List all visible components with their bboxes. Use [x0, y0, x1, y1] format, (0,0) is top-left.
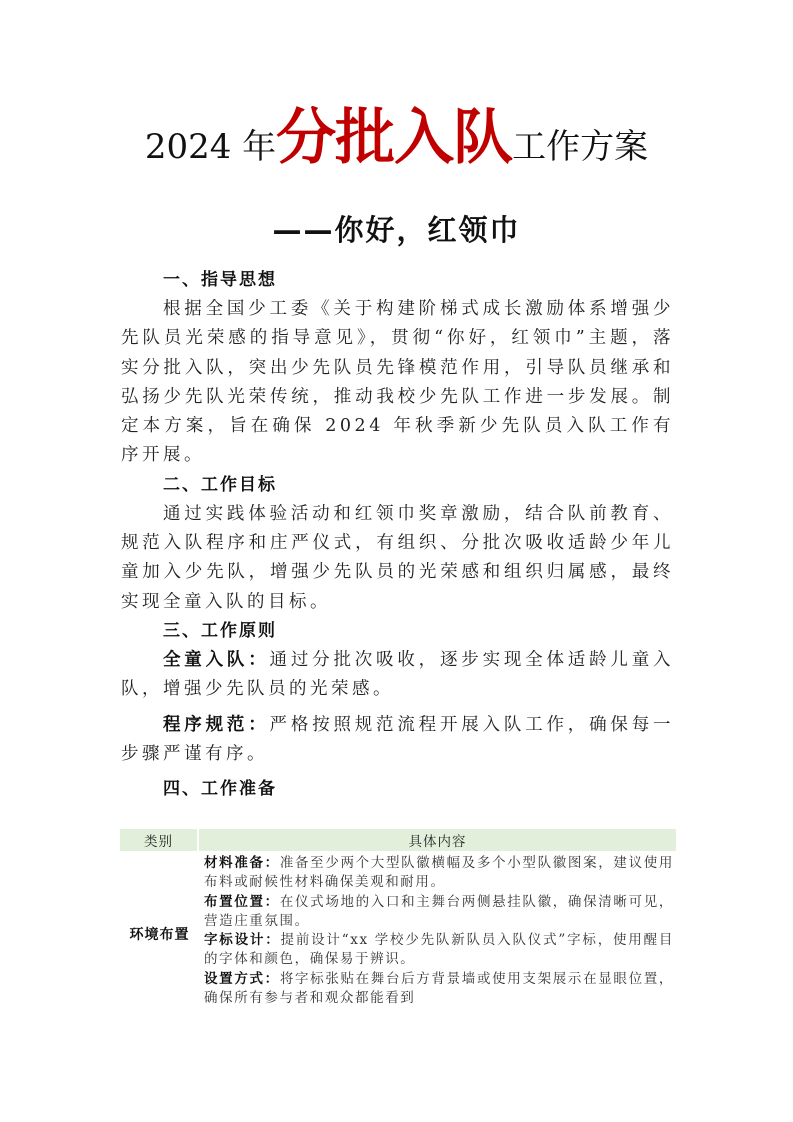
paragraph-principle-standard-procedure: 程序规范：严格按照规范流程开展入队工作，确保每一步骤严谨有序。 [121, 711, 674, 770]
title-year: 2024 年 [145, 127, 276, 167]
detail-item-key: 布置位置： [204, 894, 280, 910]
row-category: 环境布置 [120, 851, 199, 1008]
paragraph-text: 根据全国少工委《关于构建阶梯式成长激励体系增强少先队员光荣感的指导意见》，贯彻“… [121, 299, 674, 465]
section-heading-guiding-ideology: 一、指导思想 [121, 266, 674, 295]
principle-label: 全童入队： [163, 650, 270, 670]
preparation-table: 类别 具体内容 环境布置 材料准备：准备至少两个大型队徽横幅及多个小型队徽图案，… [120, 829, 676, 1008]
paragraph-guiding-ideology: 根据全国少工委《关于构建阶梯式成长激励体系增强少先队员光荣感的指导意见》，贯彻“… [121, 295, 674, 471]
paragraph-text: 通过实践体验活动和红领巾奖章激励，结合队前教育、规范入队程序和庄严仪式，有组织、… [121, 504, 674, 612]
table-header-row: 类别 具体内容 [120, 829, 676, 851]
row-details: 材料准备：准备至少两个大型队徽横幅及多个小型队徽图案，建议使用布料或耐候性材料确… [199, 851, 676, 1008]
section-heading-work-principles: 三、工作原则 [121, 617, 674, 646]
detail-item: 布置位置：在仪式场地的入口和主舞台两侧悬挂队徽，确保清晰可见，营造庄重氛围。 [204, 893, 674, 932]
detail-item-key: 字标设计： [204, 932, 281, 948]
document-body: 一、指导思想 根据全国少工委《关于构建阶梯式成长激励体系增强少先队员光荣感的指导… [121, 266, 674, 804]
document-page: 2024 年分批入队工作方案 ——你好，红领巾 一、指导思想 根据全国少工委《关… [0, 0, 793, 1122]
section-heading-work-goals: 二、工作目标 [121, 471, 674, 500]
column-header-category: 类别 [120, 829, 199, 851]
detail-item-key: 设置方式： [204, 971, 280, 987]
principle-label: 程序规范： [163, 715, 270, 735]
detail-item: 字标设计：提前设计“xx 学校少先队新队员入队仪式”字标，使用醒目的字体和颜色，… [204, 931, 674, 970]
detail-item: 设置方式：将字标张贴在舞台后方背景墙或使用支架展示在显眼位置，确保所有参与者和观… [204, 970, 674, 1009]
document-title: 2024 年分批入队工作方案 [0, 98, 793, 178]
paragraph-principle-all-children: 全童入队：通过分批次吸收，逐步实现全体适龄儿童入队，增强少先队员的光荣感。 [121, 646, 674, 705]
document-subtitle: ——你好，红领巾 [0, 205, 793, 255]
detail-item-key: 材料准备： [204, 855, 280, 871]
section-heading-work-preparation: 四、工作准备 [121, 775, 674, 804]
detail-item: 材料准备：准备至少两个大型队徽横幅及多个小型队徽图案，建议使用布料或耐候性材料确… [204, 854, 674, 893]
paragraph-work-goals: 通过实践体验活动和红领巾奖章激励，结合队前教育、规范入队程序和庄严仪式，有组织、… [121, 500, 674, 617]
title-highlight: 分批入队 [276, 103, 512, 173]
table-row: 环境布置 材料准备：准备至少两个大型队徽横幅及多个小型队徽图案，建议使用布料或耐… [120, 851, 676, 1008]
title-tail: 工作方案 [512, 127, 648, 167]
column-header-details: 具体内容 [199, 829, 676, 851]
